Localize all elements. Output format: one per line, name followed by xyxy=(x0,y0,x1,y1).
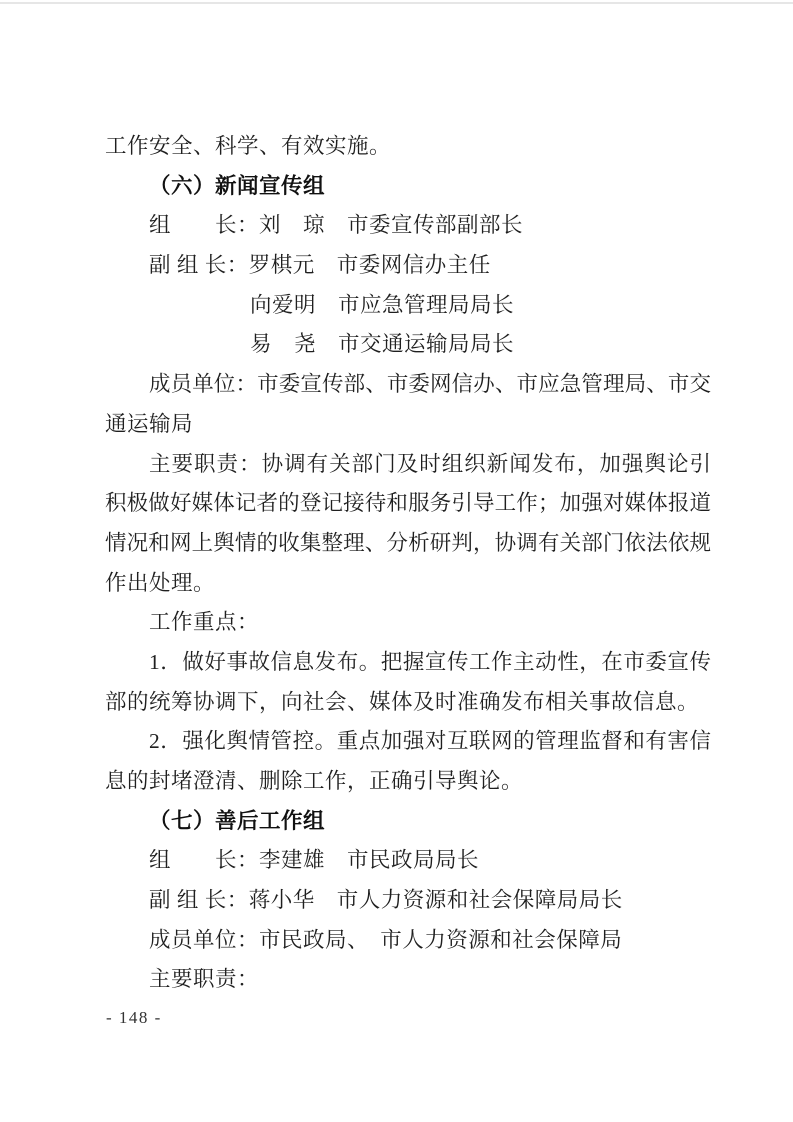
scan-edge-artifact xyxy=(0,2,793,4)
page-number: - 148 - xyxy=(106,1008,162,1028)
text-line: 主要职责：协调有关部门及时组织新闻发布，加强舆论引导； xyxy=(105,445,711,485)
text-line: 副 组 长：蒋小华 市人力资源和社会保障局局长 xyxy=(105,881,711,921)
text-line: 1．做好事故信息发布。把握宣传工作主动性，在市委宣传 xyxy=(105,643,711,683)
text-line: 副 组 长：罗棋元 市委网信办主任 xyxy=(105,246,711,286)
text-line: 成员单位：市民政局、 市人力资源和社会保障局 xyxy=(105,921,711,961)
text-line: 组 长：刘 琼 市委宣传部副部长 xyxy=(105,206,711,246)
text-line: （七）善后工作组 xyxy=(105,802,711,842)
text-line: 部的统筹协调下，向社会、媒体及时准确发布相关事故信息。 xyxy=(105,683,711,723)
text-line: （六）新闻宣传组 xyxy=(105,167,711,207)
text-line: 积极做好媒体记者的登记接待和服务引导工作；加强对媒体报道 xyxy=(105,484,711,524)
text-line: 息的封堵澄清、删除工作，正确引导舆论。 xyxy=(105,762,711,802)
text-line: 组 长：李建雄 市民政局局长 xyxy=(105,841,711,881)
text-line: 向爱明 市应急管理局局长 xyxy=(105,286,711,326)
text-line: 2．强化舆情管控。重点加强对互联网的管理监督和有害信 xyxy=(105,722,711,762)
document-page: 工作安全、科学、有效实施。（六）新闻宣传组组 长：刘 琼 市委宣传部副部长副 组… xyxy=(0,0,793,1122)
text-line: 通运输局 xyxy=(105,405,711,445)
document-body: 工作安全、科学、有效实施。（六）新闻宣传组组 长：刘 琼 市委宣传部副部长副 组… xyxy=(105,127,711,1000)
text-line: 情况和网上舆情的收集整理、分析研判，协调有关部门依法依规 xyxy=(105,524,711,564)
text-line: 作出处理。 xyxy=(105,564,711,604)
text-line: 主要职责： xyxy=(105,960,711,1000)
text-line: 工作重点： xyxy=(105,603,711,643)
text-line: 易 尧 市交通运输局局长 xyxy=(105,325,711,365)
text-line: 成员单位：市委宣传部、市委网信办、市应急管理局、市交 xyxy=(105,365,711,405)
text-line: 工作安全、科学、有效实施。 xyxy=(105,127,711,167)
